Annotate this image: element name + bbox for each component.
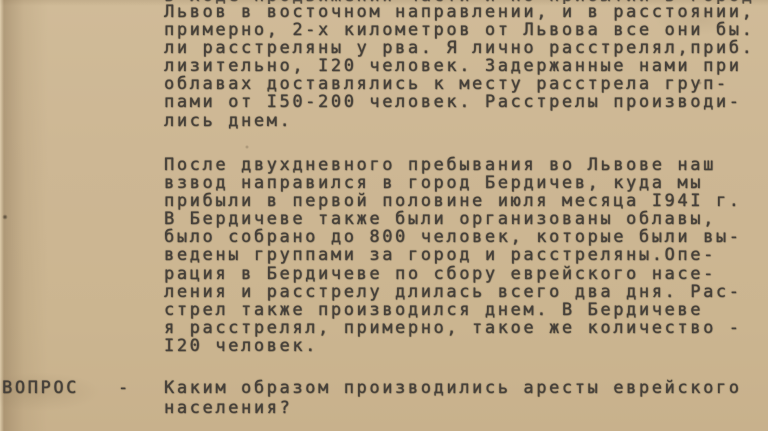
question-text: Каким образом производились аресты еврей… [164,379,742,418]
question-label: ВОПРОС [2,379,79,399]
typed-line: ления и расстрелу длилась всего два дня.… [164,283,742,301]
typed-line: Каким образом производились аресты еврей… [164,379,742,399]
typed-line: I20 человек. [164,337,742,355]
typed-line: Львов в восточном направлении, и в расст… [164,3,754,21]
typed-line: примерно, 2-х километров от Львова все о… [164,21,754,39]
typed-line: пами от I50-200 человек. Расстрелы произ… [164,93,754,111]
typed-line: взвод направился в город Бердичев, куда … [164,174,742,192]
typed-line: облавах доставлялись к месту расстрела г… [164,75,754,93]
typed-line: населения? [164,399,742,419]
scanned-document-page: { "doc": { "language": "ru", "colors": {… [0,0,768,431]
typed-line: лись днем. [164,112,754,130]
typed-line: стрел также производился днем. В Бердиче… [164,301,742,319]
typed-line: я расстрелял, примерно, такое же количес… [164,319,742,337]
question-dash: - [118,379,131,399]
typed-line: ли расстреляны у рва. Я лично расстрелял… [164,39,754,57]
typed-line: рация в Бердичеве по сбору еврейского на… [164,265,742,283]
typed-line: ведены группами за город и расстреляны.О… [164,246,742,264]
typed-line: В Бердичеве также были организованы обла… [164,210,742,228]
paragraph-lviv-executions: Львов в восточном направлении, и в расст… [164,3,754,130]
paragraph-berdichev-operation: После двухдневного пребывания во Львове … [164,156,742,355]
typed-line: было собрано до 800 человек, которые был… [164,228,742,246]
typed-line: лизительно, I20 человек. Задержанные нам… [164,57,754,75]
typed-line: прибыли в первой половине июля месяца I9… [164,192,742,210]
typed-line: После двухдневного пребывания во Львове … [164,156,742,174]
